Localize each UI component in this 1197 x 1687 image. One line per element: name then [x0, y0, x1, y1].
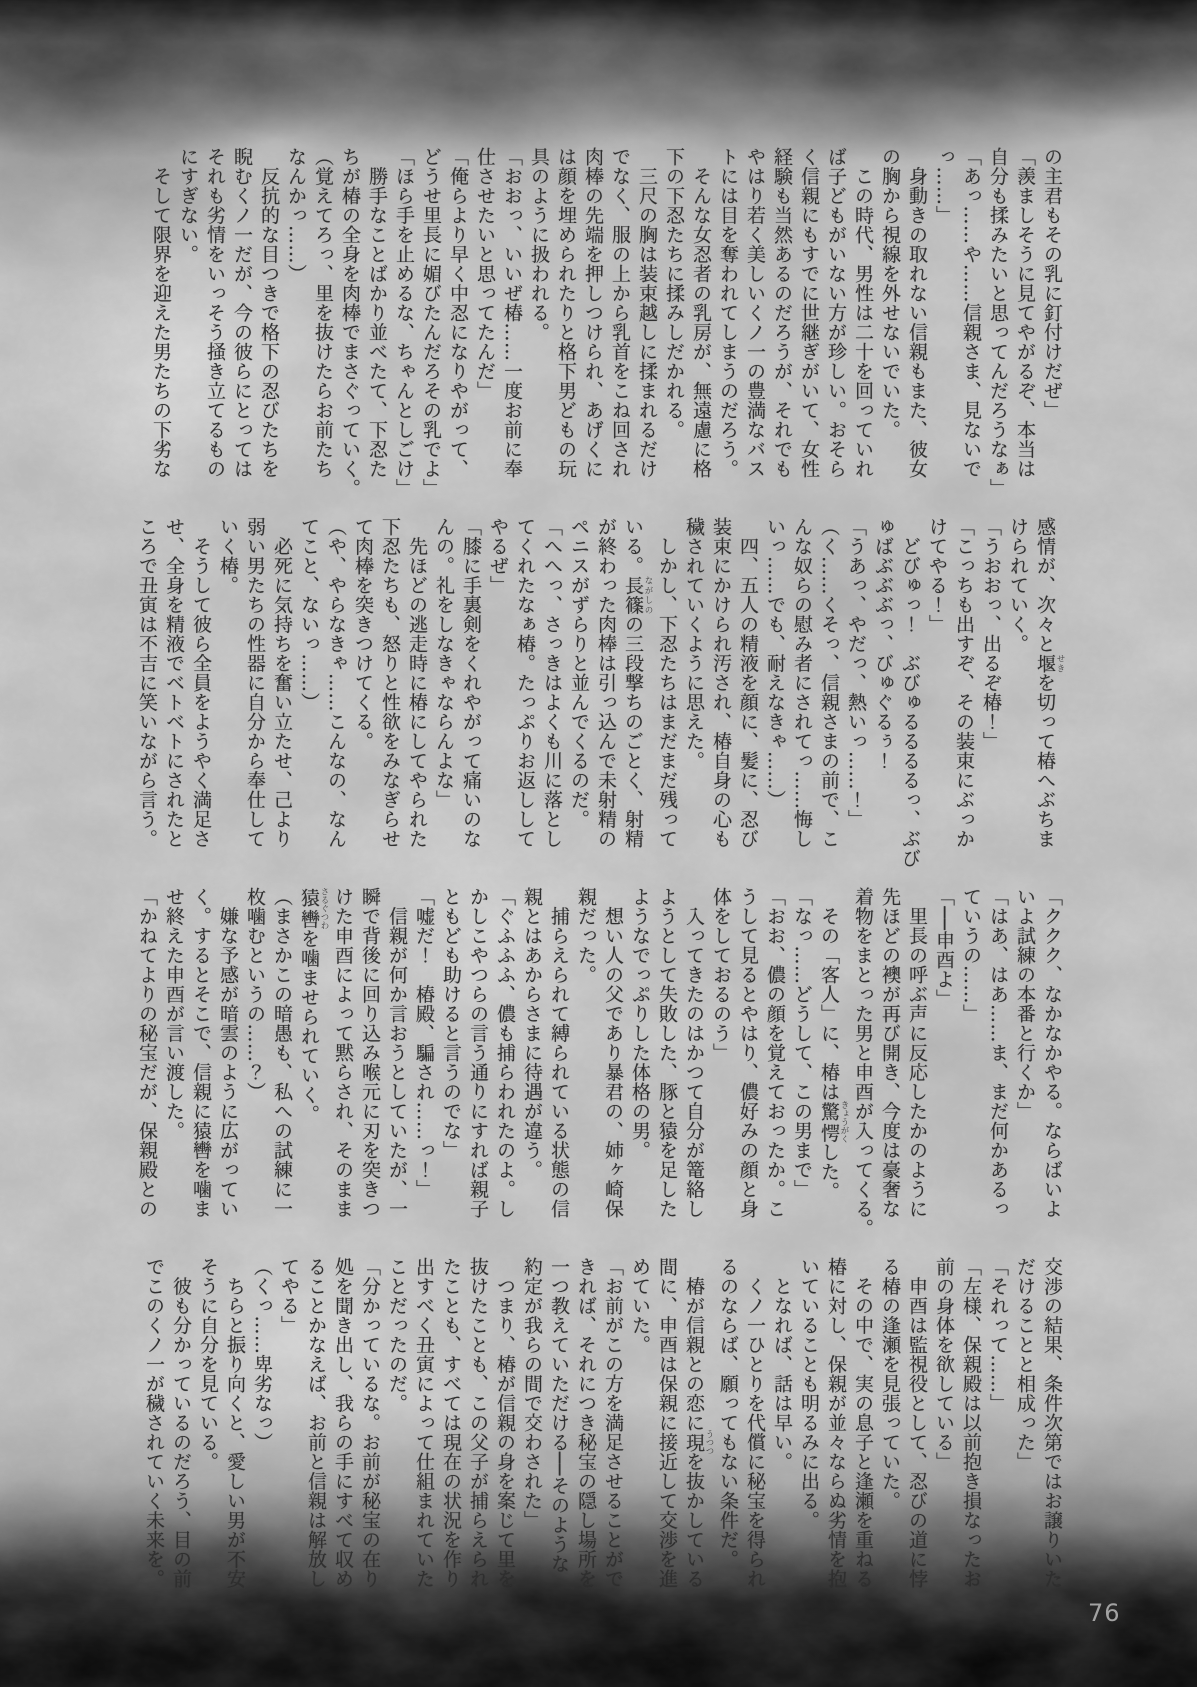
text-column: ちが椿の全身を肉棒でまさぐっていく。: [336, 147, 363, 481]
text-column: ようなでっぷりした体格の男。: [626, 887, 653, 1221]
text-column: 「うあっ、やだっ、熱いっ……！」: [842, 517, 869, 851]
text-column: どうせ里長に媚びたんだろその乳でよ」: [417, 147, 444, 481]
text-column: んの。礼をしなきゃならんよな」: [430, 517, 457, 851]
text-column: 穢されていくように思えた。: [680, 517, 707, 851]
text-column: しかし、下忍たちはまだまだ残って: [653, 517, 680, 851]
text-column: 抜けたことも、この父子が捕らえられ: [464, 1257, 491, 1591]
text-column: 里長の呼ぶ声に反応したかのように: [903, 887, 930, 1221]
text-column: 親だった。: [572, 887, 599, 1221]
text-column: 処を聞き出し、我らの手にすべて収め: [329, 1257, 356, 1591]
text-column: てやる」: [275, 1257, 302, 1591]
text-column: 信親が何か言おうとしていたが、一: [383, 887, 410, 1221]
text-column: てくれたなぁ椿。たっぷりお返しして: [511, 517, 538, 851]
text-column: 一つ教えていただける──そのような: [545, 1257, 572, 1591]
text-column: ちらと振り向くと、愛しい男が不安: [221, 1257, 248, 1591]
text-column: 弱い男たちの性器に自分から奉仕して: [241, 517, 268, 851]
text-column: 肉棒の先端を押しつけられ、あげくに: [579, 147, 606, 481]
text-column: 身動きの取れない信親もまた、彼女: [903, 147, 930, 481]
text-column: そんな女忍者の乳房が、無遠慮に格: [687, 147, 714, 481]
text-column: でなく、服の上から乳首をこね回され: [606, 147, 633, 481]
text-column: 入ってきたのはかつて自分が篭絡し: [680, 887, 707, 1221]
text-column: 「左様、保親殿は以前抱き損なったお: [957, 1257, 984, 1591]
text-column: 「こっちも出すぞ、その装束にぶっか: [950, 517, 977, 851]
text-column: ともども助けると言うのでな」: [437, 887, 464, 1221]
text-column: つまり、椿が信親の身を案じて里を: [491, 1257, 518, 1591]
text-column: 「嘘だ！ 椿殿、騙され……っ！」: [410, 887, 437, 1221]
text-column: やるぜ」: [484, 517, 511, 851]
text-column: いる。長篠ながしのの三段撃ちのごとく、射精: [619, 517, 653, 851]
text-column: （く……くそっ、信親さまの前で、こ: [815, 517, 842, 851]
text-column: 装束にかけられ汚され、椿自身の心も: [707, 517, 734, 851]
text-column: 「へへっ、さっきはよくも川に落とし: [538, 517, 565, 851]
text-column: なんかっ……）: [282, 147, 309, 481]
text-column: 申酉は監視役として、忍びの道に悖: [903, 1257, 930, 1591]
text-column: 「それって……」: [984, 1257, 1011, 1591]
text-column: 約定が我らの間で交わされた」: [518, 1257, 545, 1591]
text-column: めていた。: [626, 1257, 653, 1591]
text-column: 「ほら手を止めるな、ちゃんとしごけ」: [390, 147, 417, 481]
text-column: は顔を埋められたりと格下男どもの玩: [552, 147, 579, 481]
text-column: るのならば、願ってもない条件だ。: [714, 1257, 741, 1591]
text-column: たことも、すべては現在の状況を作り: [437, 1257, 464, 1591]
text-column: そうして彼ら全員をようやく満足さ: [187, 517, 214, 851]
text-column: （くっ……卑劣なっ）: [248, 1257, 275, 1591]
text-column: 下忍たちも、怒りと性欲をみなぎらせ: [376, 517, 403, 851]
text-column: く信親にもすでに世継ぎがいて、女性: [795, 147, 822, 481]
text-column: 間に、申酉は保親に接近して交渉を進: [653, 1257, 680, 1591]
text-band-1: の主君もその乳に釘付けだぜ」「羨ましそうに見てやがるぞ、本当は自分も揉みたいと思…: [147, 147, 1065, 481]
text-column: トには目を奪われてしまうのだろう。: [714, 147, 741, 481]
text-column: 勝手なことばかり並べたて、下忍た: [363, 147, 390, 481]
text-column: （まさかこの暗愚も、私への試練に一: [268, 887, 295, 1221]
text-column: けてやる！」: [923, 517, 950, 851]
text-column: 先ほどの襖が再び開き、今度は豪奢な: [876, 887, 903, 1221]
text-column: ようとして失敗した、豚と猿を足した: [653, 887, 680, 1221]
text-column: 「おお、儂の顔を覚えておったか。こ: [761, 887, 788, 1221]
text-column: 捕らえられて縛られている状態の信: [545, 887, 572, 1221]
text-column: （覚えてろっ、里を抜けたらお前たち: [309, 147, 336, 481]
text-column: それも劣情をいっそう掻き立てるもの: [201, 147, 228, 481]
text-column: だけることと相成った」: [1011, 1257, 1038, 1591]
text-column: そうに自分を見ている。: [194, 1257, 221, 1591]
text-column: くノ一ひとりを代償に秘宝を得られ: [741, 1257, 768, 1591]
text-column: 睨むくノ一だが、今の彼らにとっては: [228, 147, 255, 481]
text-column: 「なっ……どうして、この男まで」: [788, 887, 815, 1221]
text-column: 「──申酉よ」: [930, 887, 957, 1221]
text-column: の胸から視線を外せないでいた。: [876, 147, 903, 481]
text-column: 彼も分かっているのだろう、目の前: [167, 1257, 194, 1591]
text-column: 嫌な予感が暗雲のように広がってい: [214, 887, 241, 1221]
text-column: 猿轡さるぐつわを噛ませられていく。: [295, 887, 329, 1221]
text-column: 先ほどの逃走時に椿にしてやられた: [403, 517, 430, 851]
text-column: きれば、それにつき秘宝の隠し場所を: [572, 1257, 599, 1591]
text-column: 「お前がこの方を満足させることがで: [599, 1257, 626, 1591]
text-column: そして限界を迎えた男たちの下劣な: [147, 147, 174, 481]
text-column: 想い人の父であり暴君の、姉ヶ崎保: [599, 887, 626, 1221]
text-band-3: 「ククク、なかなかやる。ならばいよいよ試練の本番と行くか」「はあ、はあ……ま、ま…: [133, 887, 1065, 1221]
text-column: 「羨ましそうに見てやがるぞ、本当は: [1011, 147, 1038, 481]
text-column: の主君もその乳に釘付けだぜ」: [1038, 147, 1065, 481]
text-column: 出すべく丑寅によって仕組まれていた: [410, 1257, 437, 1591]
text-column: 「うおおっ、出るぞ椿！」: [977, 517, 1004, 851]
novel-page: の主君もその乳に釘付けだぜ」「羨ましそうに見てやがるぞ、本当は自分も揉みたいと思…: [0, 0, 1197, 1687]
text-column: っ……」: [930, 147, 957, 481]
text-column: にすぎない。: [174, 147, 201, 481]
text-column: けられていく。: [1004, 517, 1031, 851]
text-column: 親とはあからさまに待遇が違う。: [518, 887, 545, 1221]
text-column: 交渉の結果、条件次第ではお譲りいた: [1038, 1257, 1065, 1591]
text-column: うして見るとやはり、儂好みの顔と身: [734, 887, 761, 1221]
text-column: 「膝に手裏剣をくれやがって痛いのな: [457, 517, 484, 851]
text-column: いっ……でも、耐えなきゃ……）: [761, 517, 788, 851]
text-column: 体をしておるのう」: [707, 887, 734, 1221]
text-column: 仕させたいと思ってたんだ」: [471, 147, 498, 481]
text-column: 椿が信親との恋に現うつつを抜かしている: [680, 1257, 714, 1591]
text-band-4: 交渉の結果、条件次第ではお譲りいただけることと相成った」「それって……」「左様、…: [140, 1257, 1065, 1591]
vertical-text-content: の主君もその乳に釘付けだぜ」「羨ましそうに見てやがるぞ、本当は自分も揉みたいと思…: [133, 147, 1065, 1591]
text-column: やはり若く美しいくノ一の豊満なバス: [741, 147, 768, 481]
text-column: いていることも明るみに出る。: [795, 1257, 822, 1591]
text-column: この時代、男性は二十を回っていれ: [849, 147, 876, 481]
text-column: 必死に気持ちを奮い立たせ、己より: [268, 517, 295, 851]
text-column: 四、五人の精液を顔に、髪に、忍び: [734, 517, 761, 851]
text-column: ゅばぶぶぶっ、びゅぐるぅ！: [869, 517, 896, 851]
text-column: ていうの……」: [957, 887, 984, 1221]
text-column: 具のように扱われる。: [525, 147, 552, 481]
text-column: （や、やらなきゃ……こんなの、なん: [322, 517, 349, 851]
text-column: てこと、ないっ……）: [295, 517, 322, 851]
text-column: どびゅっ！ ぶびゅるるるるっ、ぶび: [896, 517, 923, 851]
text-column: が終わった肉棒は引っ込んで未射精の: [592, 517, 619, 851]
page-number: 76: [1088, 1599, 1121, 1627]
text-column: 「分かっているな。お前が秘宝の在り: [356, 1257, 383, 1591]
text-column: ころで丑寅は不吉に笑いながら言う。: [133, 517, 160, 851]
text-band-2: 感情が、次々と堰せきを切って椿へぶちまけられていく。「うおおっ、出るぞ椿！」「こ…: [133, 517, 1065, 851]
text-column: 「ククク、なかなかやる。ならばいよ: [1038, 887, 1065, 1221]
text-column: せ、全身を精液でベトベトにされたと: [160, 517, 187, 851]
text-column: せ終えた申酉が言い渡した。: [160, 887, 187, 1221]
text-column: 感情が、次々と堰せきを切って椿へぶちま: [1031, 517, 1065, 851]
text-column: 瞬で背後に回り込み喉元に刃を突きつ: [356, 887, 383, 1221]
text-column: その中で、実の息子と逢瀬を重ねる: [849, 1257, 876, 1591]
text-column: いよ試練の本番と行くか」: [1011, 887, 1038, 1221]
text-column: 「おおっ、いいぜ椿……一度お前に奉: [498, 147, 525, 481]
text-column: 自分も揉みたいと思ってんだろうなぁ」: [984, 147, 1011, 481]
text-column: 枚噛むというの……？）: [241, 887, 268, 1221]
text-column: ることかなえば、お前と信親は解放し: [302, 1257, 329, 1591]
text-column: 着物をまとった男と申酉が入ってくる。: [849, 887, 876, 1221]
text-column: かしこやつらの言う通りにすれば親子: [464, 887, 491, 1221]
text-column: 「俺らより早く中忍になりやがって、: [444, 147, 471, 481]
text-column: 「あっ……や……信親さま、見ないで: [957, 147, 984, 481]
text-column: 前の身体を欲している」: [930, 1257, 957, 1591]
text-column: ペニスがずらりと並んでくるのだ。: [565, 517, 592, 851]
text-column: ば子どもがいない方が珍しい。おそら: [822, 147, 849, 481]
text-column: 「ぐふふふ、儂も捕らわれたのよ。し: [491, 887, 518, 1221]
text-column: 三尺の胸は装束越しに揉まれるだけ: [633, 147, 660, 481]
text-column: いく椿。: [214, 517, 241, 851]
text-column: その「客人」に、椿は驚愕きょうがくした。: [815, 887, 849, 1221]
text-column: 「かねてよりの秘宝だが、保親殿との: [133, 887, 160, 1221]
text-column: ことだったのだ。: [383, 1257, 410, 1591]
text-column: て肉棒を突きつけてくる。: [349, 517, 376, 851]
text-column: 経験も当然あるのだろうが、それでも: [768, 147, 795, 481]
text-column: けた申酉によって黙らされ、そのまま: [329, 887, 356, 1221]
text-column: んな奴らの慰み者にされてっ……悔し: [788, 517, 815, 851]
text-column: 「はあ、はあ……ま、まだ何かあるっ: [984, 887, 1011, 1221]
text-column: でこのくノ一が穢されていく未来を。: [140, 1257, 167, 1591]
text-column: く。するとそこで、信親に猿轡を噛ま: [187, 887, 214, 1221]
text-column: となれば、話は早い。: [768, 1257, 795, 1591]
text-column: 椿に対し、保親が並々ならぬ劣情を抱: [822, 1257, 849, 1591]
text-column: 反抗的な目つきで格下の忍びたちを: [255, 147, 282, 481]
text-column: る椿の逢瀬を見張っていた。: [876, 1257, 903, 1591]
text-column: 下の下忍たちに揉みしだかれる。: [660, 147, 687, 481]
